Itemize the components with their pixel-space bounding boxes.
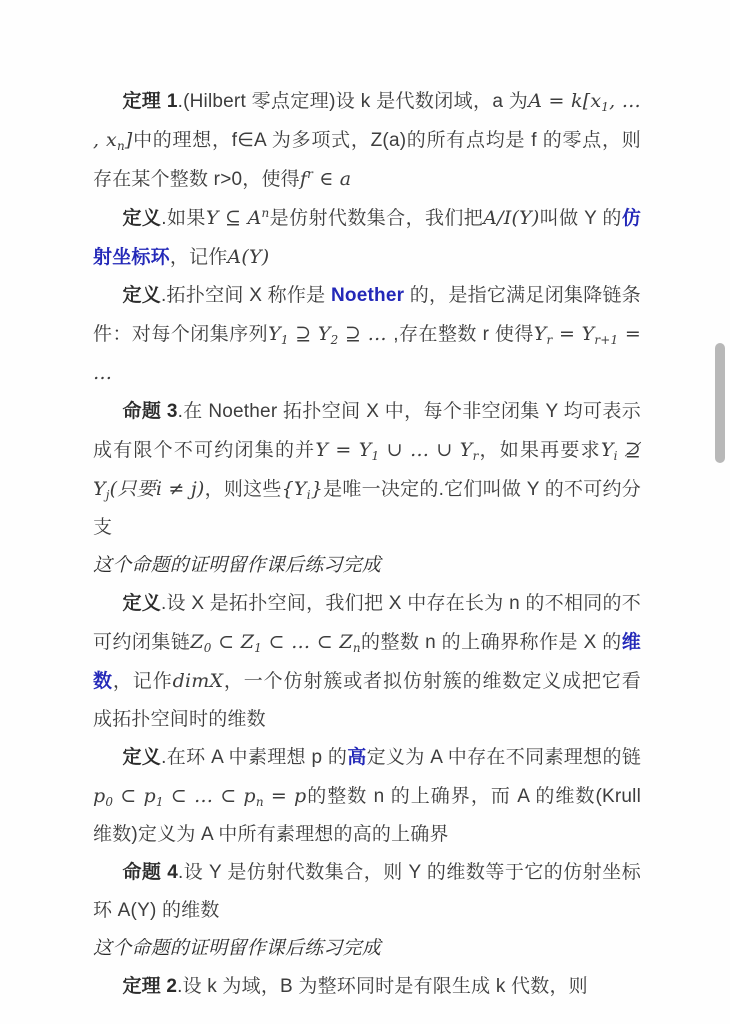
text-run: 定理 1	[122, 91, 177, 112]
definition-dimension: 定义.设 X 是拓扑空间，我们把 X 中存在长为 n 的不相同的不可约闭集链Z0…	[93, 585, 641, 739]
text-run: 1	[601, 100, 609, 114]
text-run: n	[256, 795, 264, 809]
text-run: Y	[534, 323, 547, 345]
text-run: 这个命题的证明留作课后练习完成	[93, 938, 381, 959]
text-run: ⊇ Y	[289, 323, 331, 345]
text-run: ，如果再要求	[479, 440, 601, 461]
text-run: 的整数 n 的上确界称作是 X 的	[361, 632, 622, 653]
definition-noether-space: 定义.拓扑空间 X 称作是 Noether 的，是指它满足闭集降链条件：对每个闭…	[93, 277, 641, 393]
text-run: ∈ a	[313, 168, 351, 190]
text-run: 这个命题的证明留作课后练习完成	[93, 555, 381, 576]
text-run: = Y	[552, 323, 594, 345]
text-run: A = k[x	[528, 90, 601, 112]
definition-height: 定义.在环 A 中素理想 p 的高定义为 A 中存在不同素理想的链p0 ⊂ p1…	[93, 739, 641, 854]
text-run: ⊂ p	[113, 785, 156, 807]
text-run: 1	[254, 641, 262, 655]
text-run: Y	[601, 439, 614, 461]
text-run: ⊂ … ⊂ p	[164, 785, 256, 807]
text-run: {Y	[282, 478, 307, 500]
text-run: .设 k 为域，B 为整环同时是有限生成 k 代数，则	[177, 976, 588, 997]
text-run: ，则这些	[205, 479, 282, 500]
text-run: ⊂ Z	[212, 631, 255, 653]
text-run: 命题 3	[122, 401, 177, 422]
text-run: 叫做 Y 的	[539, 208, 621, 229]
text-run: 定义	[122, 285, 161, 306]
proof-note-proposition-4: 这个命题的证明留作课后练习完成	[93, 930, 641, 968]
text-run: Y ⊆ A	[206, 207, 262, 229]
text-run: 定义为 A 中存在不同素理想的链	[367, 747, 641, 768]
text-run: ，记作	[170, 247, 228, 268]
scrollbar-thumb[interactable]	[715, 343, 725, 463]
text-run: ⊂ … ⊂ Z	[262, 631, 353, 653]
text-run: 0	[204, 641, 212, 655]
text-run: 是仿射代数集合，我们把	[269, 208, 483, 229]
text-run: .如果	[161, 208, 206, 229]
theorem-1: 定理 1.(Hilbert 零点定理)设 k 是代数闭域，a 为A = k[x1…	[93, 82, 641, 199]
text-run: Z	[190, 631, 203, 653]
text-run: (只要i ≠ j)	[110, 478, 205, 500]
theorem-2: 定理 2.设 k 为域，B 为整环同时是有限生成 k 代数，则	[93, 968, 641, 1006]
text-run: 定义	[122, 208, 161, 229]
proof-note-proposition-3: 这个命题的证明留作课后练习完成	[93, 547, 641, 585]
text-run: ,存在整数 r 使得	[393, 324, 534, 345]
text-run: ]	[125, 129, 133, 151]
text-run: .(Hilbert 零点定理)设 k 是代数闭域，a 为	[178, 91, 529, 112]
text-run: 定义	[122, 747, 161, 768]
text-run: dimX	[173, 670, 224, 692]
text-run: 高	[347, 747, 366, 768]
text-run: r+1	[594, 333, 618, 347]
text-run: ∪ … ∪ Y	[379, 439, 472, 461]
text-run: 定理 2	[122, 976, 177, 997]
text-run: A/I(Y)	[483, 207, 539, 229]
document-body: 定理 1.(Hilbert 零点定理)设 k 是代数闭域，a 为A = k[x1…	[93, 82, 641, 1006]
text-run: }	[311, 478, 323, 500]
text-run: ⊇ …	[338, 323, 393, 345]
text-run: 命题 4	[122, 862, 178, 883]
text-run: Noether	[331, 285, 404, 306]
text-run: A(Y)	[227, 246, 269, 268]
text-run: n	[353, 641, 361, 655]
text-run: 1	[281, 333, 289, 347]
text-run: p	[93, 785, 105, 807]
definition-affine-coordinate-ring: 定义.如果Y ⊆ An是仿射代数集合，我们把A/I(Y)叫做 Y 的仿射坐标环，…	[93, 199, 641, 277]
text-run: 定义	[122, 593, 161, 614]
text-run: .拓扑空间 X 称作是	[161, 285, 331, 306]
text-run: ，记作	[113, 671, 173, 692]
text-run: = p	[264, 785, 307, 807]
proposition-4: 命题 4.设 Y 是仿射代数集合，则 Y 的维数等于它的仿射坐标环 A(Y) 的…	[93, 854, 641, 930]
text-run: 中的理想，f∈A 为多项式，Z(a)的所有点均是 f 的零点，则存在某个整数 r…	[93, 130, 641, 190]
text-run: .在环 A 中素理想 p 的	[161, 747, 347, 768]
text-run: Y	[268, 323, 281, 345]
text-run: n	[117, 139, 125, 153]
proposition-3: 命题 3.在 Noether 拓扑空间 X 中，每个非空闭集 Y 均可表示成有限…	[93, 393, 641, 547]
document-page: 定理 1.(Hilbert 零点定理)设 k 是代数闭域，a 为A = k[x1…	[0, 0, 730, 1024]
text-run: Y = Y	[315, 439, 371, 461]
text-run: 1	[156, 795, 164, 809]
